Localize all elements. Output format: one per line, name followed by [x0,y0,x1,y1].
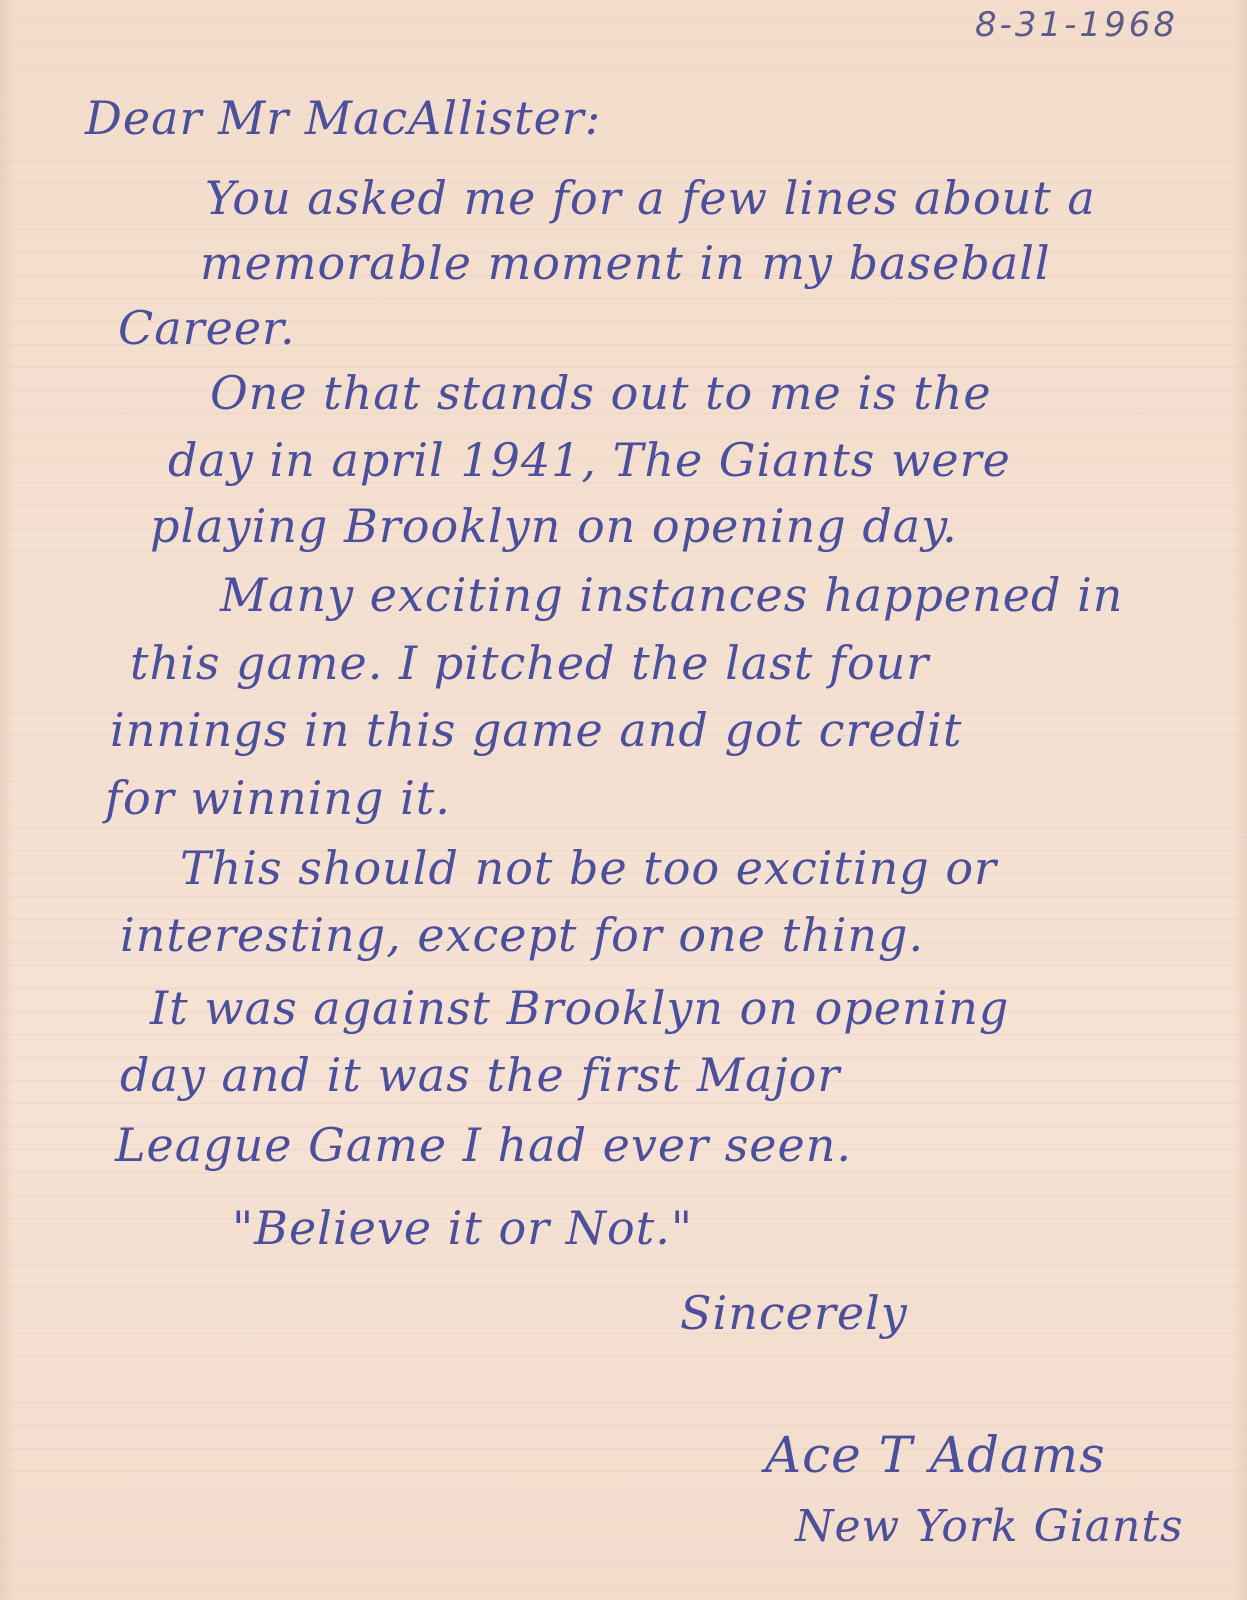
paper-edge-left [0,0,14,1600]
signature-team: New York Giants [795,1505,1184,1549]
body-line-8: this game. I pitched the last four [130,640,929,686]
body-line-6: playing Brooklyn on opening day. [150,503,958,549]
body-line-15: League Game I had ever seen. [115,1122,852,1168]
body-line-7: Many exciting instances happened in [220,572,1123,618]
body-line-11: This should not be too exciting or [180,845,997,891]
body-line-9: innings in this game and got credit [110,707,962,753]
letter-date: 8-31-1968 [975,8,1178,42]
body-line-10: for winning it. [105,775,451,821]
salutation: Dear Mr MacAllister: [85,95,601,141]
body-line-5: day in april 1941, The Giants were [168,437,1011,483]
body-line-2: memorable moment in my baseball [200,240,1051,286]
signature-name: Ace T Adams [765,1430,1106,1480]
body-line-16: "Believe it or Not." [232,1205,693,1251]
fold-crease [0,838,1247,840]
body-line-14: day and it was the first Major [120,1052,840,1098]
body-line-3: Career. [118,305,296,351]
body-line-13: It was against Brooklyn on opening [150,985,1009,1031]
body-line-4: One that stands out to me is the [210,370,992,416]
body-line-12: interesting, except for one thing. [120,912,924,958]
body-line-1: You asked me for a few lines about a [205,175,1096,221]
paper-edge-right [1233,0,1247,1600]
letter-page: 8-31-1968 Dear Mr MacAllister: You asked… [0,0,1247,1600]
closing: Sincerely [680,1290,908,1336]
